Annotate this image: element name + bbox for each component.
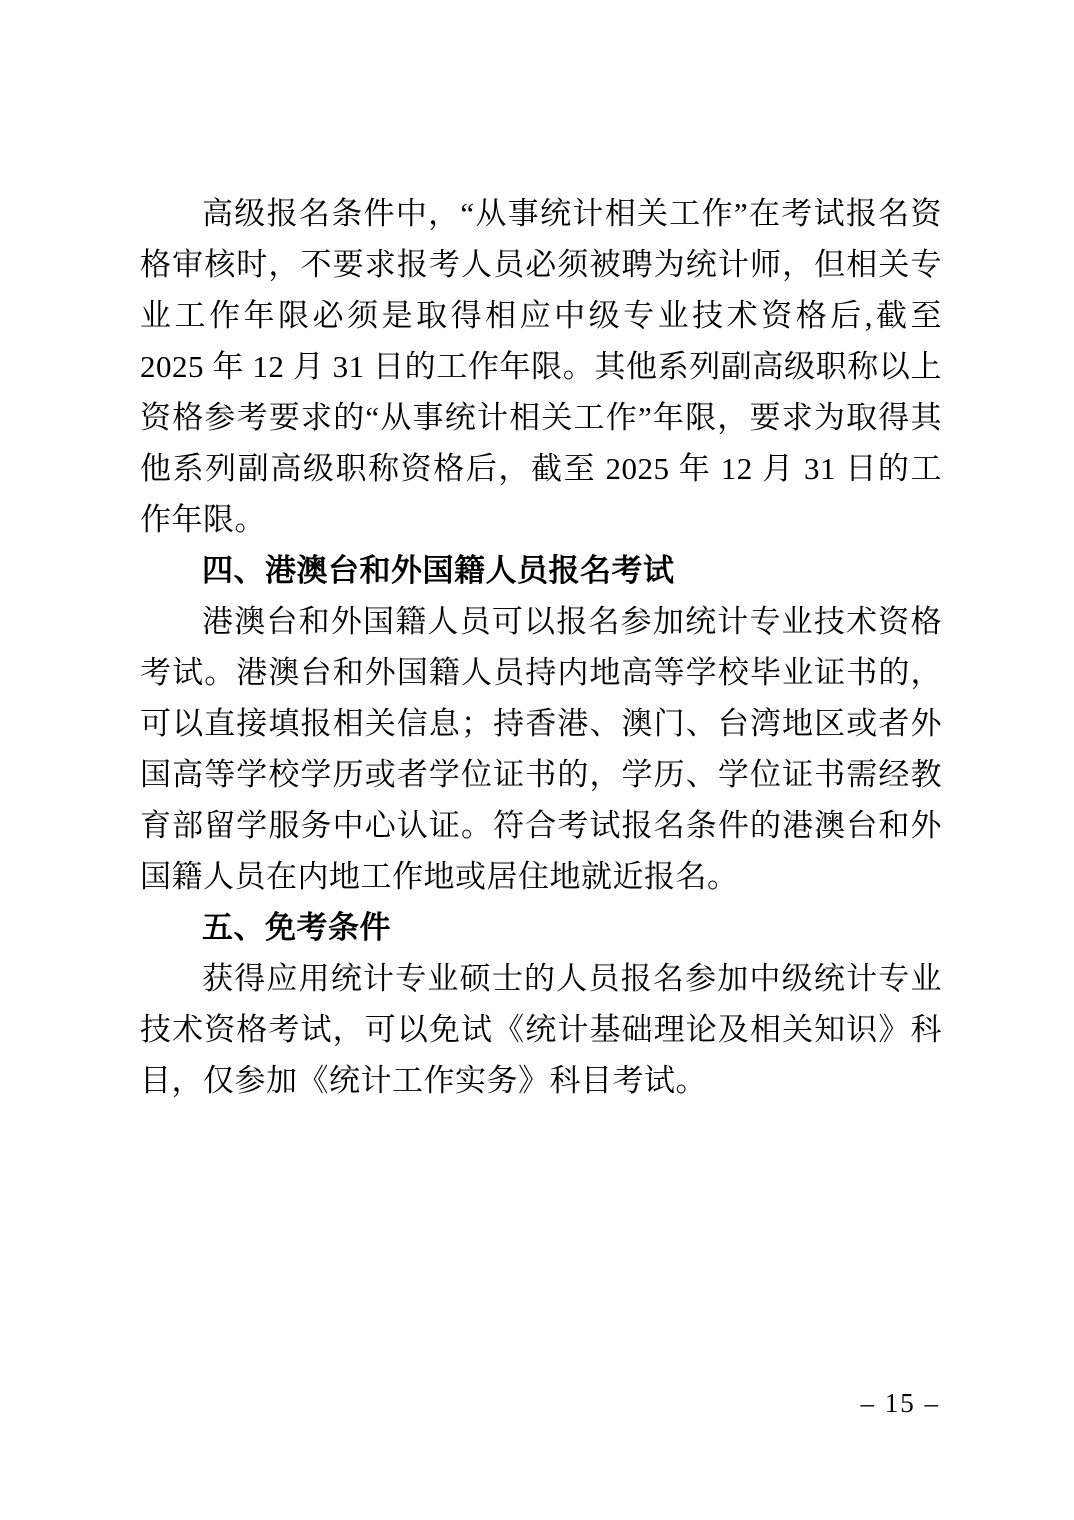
paragraph-exam-exemption: 获得应用统计专业硕士的人员报名参加中级统计专业技术资格考试，可以免试《统计基础理… (140, 953, 942, 1106)
paragraph-senior-requirements: 高级报名条件中，“从事统计相关工作”在考试报名资格审核时，不要求报考人员必须被聘… (140, 188, 942, 545)
page-number: – 15 – (861, 1386, 941, 1420)
paragraph-hmt-foreign-registration: 港澳台和外国籍人员可以报名参加统计专业技术资格考试。港澳台和外国籍人员持内地高等… (140, 596, 942, 902)
document-page: 高级报名条件中，“从事统计相关工作”在考试报名资格审核时，不要求报考人员必须被聘… (0, 0, 1074, 1520)
section-heading-5: 五、免考条件 (140, 902, 942, 953)
document-body: 高级报名条件中，“从事统计相关工作”在考试报名资格审核时，不要求报考人员必须被聘… (140, 188, 942, 1106)
section-heading-4: 四、港澳台和外国籍人员报名考试 (140, 545, 942, 596)
